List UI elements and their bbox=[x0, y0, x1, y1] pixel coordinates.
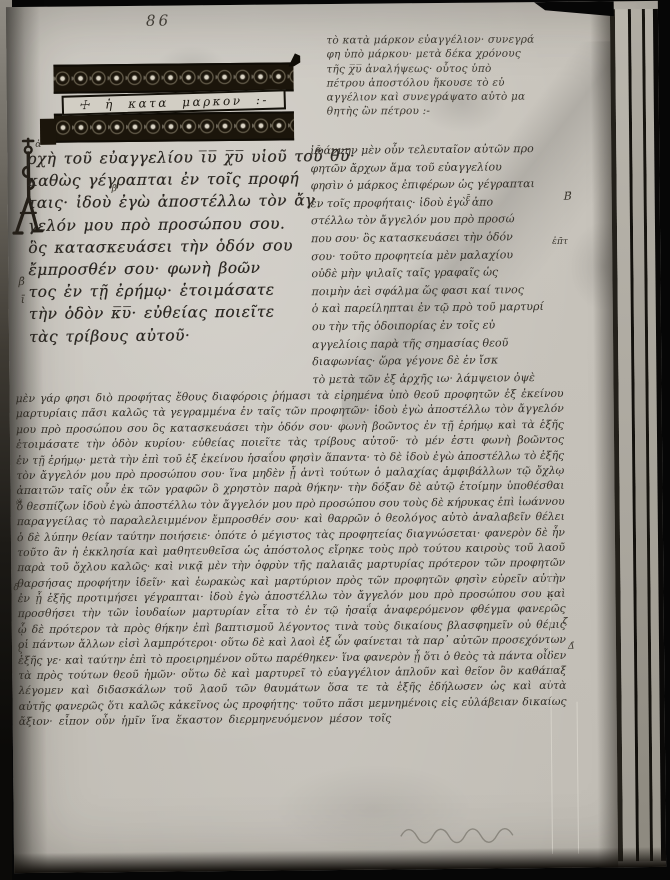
text-line: ρχὴ τοῦ εὐαγγελίου ι̅υ̅ χ̅υ̅ υἱοῦ τοῦ θ̅… bbox=[27, 145, 293, 170]
manuscript-page: 86 ☩ ἡ κατα μαρκον :- bbox=[6, 1, 666, 873]
right-margin-siglum: ζ̄ bbox=[563, 618, 568, 627]
left-margin-numeral: ῑ bbox=[21, 295, 25, 304]
text-line: ὁ καὶ παρείληπται ἐν τῷ πρὸ τοῦ μαρτυρί bbox=[312, 298, 560, 318]
corner-shadow-wedge bbox=[534, 1, 614, 17]
text-line: τὴν ὁδὸν κ̅υ̅· εὐθείας ποιεῖτε bbox=[29, 301, 295, 326]
text-line: τος ἐν τῇ ἐρήμῳ· ἑτοιμάσατε bbox=[28, 279, 294, 304]
gospel-title: ☩ ἡ κατα μαρκον :- bbox=[78, 93, 269, 112]
manuscript-photo: 86 ☩ ἡ κατα μαρκον :- bbox=[0, 0, 670, 880]
left-margin-siglum: δ̄ bbox=[13, 584, 19, 593]
text-line: φη ὑπὸ μάρκου· μετὰ δέκα χρόνους bbox=[326, 47, 554, 62]
headpiece-ornament: ☩ ἡ κατα μαρκον :- bbox=[53, 62, 294, 142]
leaf-finial-icon bbox=[288, 53, 300, 66]
bottom-edge-shadow bbox=[14, 847, 666, 873]
left-margin-numeral: β̄ bbox=[18, 277, 24, 286]
text-line: ἄξιον· εἶπον οὖν ἡμῖν ἵνα ἕκαστον διερμη… bbox=[19, 711, 392, 730]
gospel-text: ρχὴ τοῦ εὐαγγελίου ι̅υ̅ χ̅υ̅ υἱοῦ τοῦ θ̅… bbox=[27, 145, 295, 347]
rosette-band-icon bbox=[54, 111, 294, 142]
text-line: ἔμπροσθέν σου· φωνὴ βοῶν bbox=[28, 256, 294, 281]
kephalaion-mark: ε̄ bbox=[466, 195, 471, 204]
left-margin-siglum: ※ bbox=[15, 499, 23, 508]
text-line: καθὼς γέγραπται ἐν τοῖς προφή bbox=[27, 168, 293, 193]
rosette-band-icon bbox=[53, 62, 293, 93]
left-margin-siglum: ϛ bbox=[18, 646, 23, 655]
kephalaion-mark: ᾱ bbox=[315, 146, 321, 155]
text-line: αγγέλιον καὶ συνεγράψατο αὐτὸ μα bbox=[327, 90, 555, 105]
text-line: πέτρου ἀποστόλου ἤκουσε τὸ εὐ bbox=[327, 75, 555, 90]
text-line: ταις· ἰδοὺ ἐγὼ ἀποστέλλω τὸν ἄγ bbox=[28, 190, 294, 215]
text-line: φησὶν ὁ μάρκος ἐπιφέρων ὡς γέγραπται bbox=[311, 175, 559, 195]
folio-number: 86 bbox=[146, 12, 171, 30]
right-margin-siglum: Δ̓ bbox=[568, 643, 575, 652]
right-margin-numeral: Β̄ bbox=[564, 192, 572, 201]
fore-edge-page-stack bbox=[610, 9, 666, 861]
commentary-block: μὲν γάρ φησι διὸ προφήτας ἔθους διαφόροι… bbox=[16, 386, 567, 730]
commentary-column: ἰωάννην μὲν οὖν τελευταῖον αὐτῶν προφητῶ… bbox=[310, 140, 560, 389]
text-line: γελόν μου πρὸ προσώπου σου. bbox=[28, 212, 294, 237]
hypothesis-block: τὸ κατὰ μάρκον εὐαγγέλιον· συνεγράφη ὑπὸ… bbox=[326, 32, 554, 119]
right-margin-siglum: ἐπ̄τ bbox=[552, 238, 568, 247]
scratch-line bbox=[577, 702, 579, 854]
text-line: τὸ κατὰ μάρκον εὐαγγέλιον· συνεγρά bbox=[326, 32, 554, 47]
text-line: θητὴς ὢν πέτρου :- bbox=[327, 104, 555, 119]
text-line: τῆς χ̅υ̅ ἀναλήψεως· οὗτος ὑπὸ bbox=[326, 61, 554, 76]
kephalaion-mark: ἀ bbox=[35, 141, 41, 150]
pen-trial-squiggle-icon bbox=[399, 823, 527, 848]
kephalaion-mark: β̄ bbox=[112, 185, 117, 194]
text-line: ὃς κατασκευάσει τὴν ὁδόν σου bbox=[28, 234, 294, 259]
text-line: ἰωάννην μὲν οὖν τελευταῖον αὐτῶν προ bbox=[310, 140, 558, 160]
text-line: τὰς τρίβους αὐτοῦ· bbox=[29, 323, 295, 348]
